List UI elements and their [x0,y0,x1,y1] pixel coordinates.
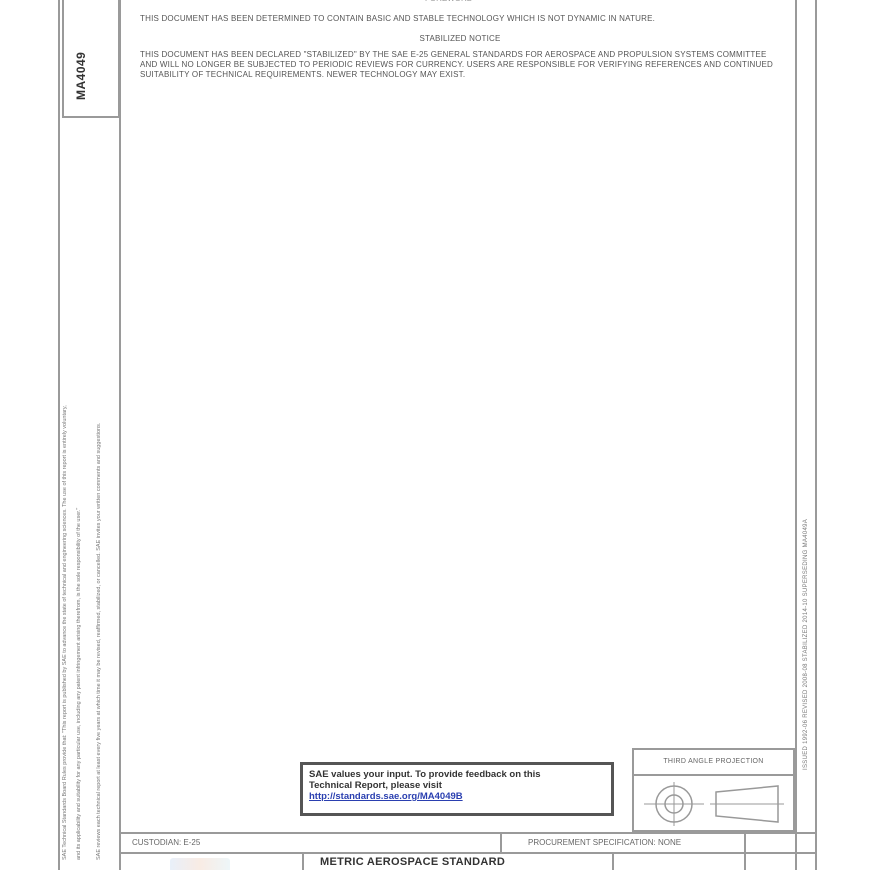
custodian: CUSTODIAN: E-25 [132,838,200,847]
revision-info: ISSUED 1992-06 REVISED 2008-08 STABILIZE… [803,519,809,770]
left-margin-line-3: SAE reviews each technical report at lea… [96,423,102,860]
footer-divider [500,834,502,854]
feedback-line-2: Technical Report, please visit [309,780,605,791]
stabilized-notice-paragraph: THIS DOCUMENT HAS BEEN DECLARED "STABILI… [140,50,780,80]
stabilized-notice-title: STABILIZED NOTICE [140,34,780,44]
title-divider-right [744,854,746,870]
document-id-box [62,0,120,118]
feedback-line-1: SAE values your input. To provide feedba… [309,769,605,780]
footer-title-row: METRIC AEROSPACE STANDARD [120,854,816,870]
footer-info-row: CUSTODIAN: E-25 PROCUREMENT SPECIFICATIO… [120,832,816,854]
document-body: THIS DOCUMENT HAS BEEN DETERMINED TO CON… [140,14,780,90]
title-divider-left [302,854,304,870]
sae-logo [170,858,230,870]
procurement-specification: PROCUREMENT SPECIFICATION: NONE [528,838,681,847]
title-divider-mid [612,854,614,870]
left-margin-line-1: SAE Technical Standards Board Rules prov… [62,405,68,860]
document-id: MA4049 [74,52,88,100]
projection-box: THIRD ANGLE PROJECTION [632,748,795,832]
left-margin-line-2: and its applicability and suitability fo… [76,508,82,860]
feedback-link[interactable]: http://standards.sae.org/MA4049B [309,791,463,802]
foreword-heading: FOREWORD [425,0,473,3]
basic-technology-paragraph: THIS DOCUMENT HAS BEEN DETERMINED TO CON… [140,14,780,24]
third-angle-projection-icon [634,776,793,832]
left-inner-border [119,0,121,870]
left-outer-border [58,0,60,870]
standard-title: METRIC AEROSPACE STANDARD [320,856,505,868]
projection-title: THIRD ANGLE PROJECTION [634,750,793,776]
feedback-box: SAE values your input. To provide feedba… [300,762,614,816]
footer-divider-2 [744,834,746,854]
right-outer-border [815,0,817,870]
right-inner-border [795,0,797,870]
